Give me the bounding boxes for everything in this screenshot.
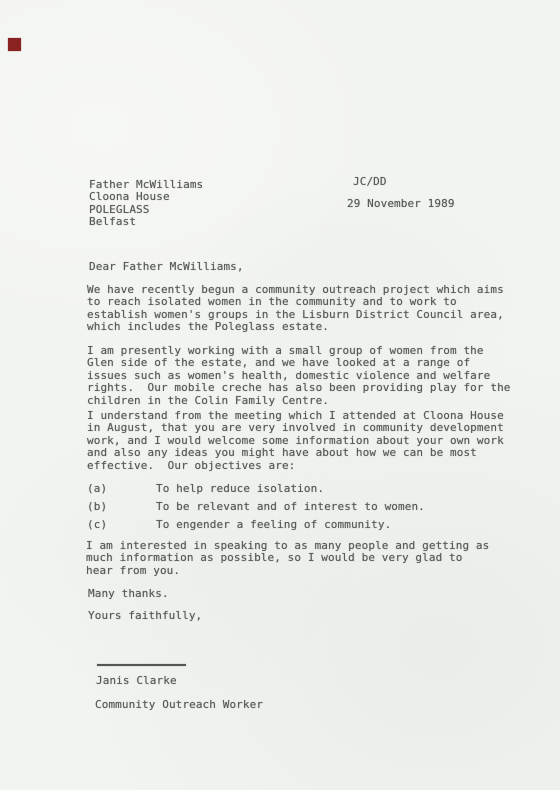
paragraph-closing-request: I am interested in speaking to as many p… — [86, 540, 489, 577]
closing-valediction: Yours faithfully, — [88, 610, 202, 622]
letter-date: 29 November 1989 — [347, 198, 455, 210]
paragraph-request-information: I understand from the meeting which I at… — [87, 410, 504, 472]
signature-line — [97, 664, 186, 666]
paragraph-current-work: I am presently working with a small grou… — [87, 345, 511, 407]
salutation: Dear Father McWilliams, — [89, 261, 244, 273]
reference-code: JC/DD — [353, 176, 387, 188]
archive-corner-mark — [8, 38, 21, 51]
objective-marker: (c) — [87, 519, 156, 531]
objective-text: To engender a feeling of community. — [156, 518, 391, 531]
objective-marker: (a) — [87, 483, 156, 495]
objective-item-a: (a)To help reduce isolation. — [87, 483, 324, 495]
objective-text: To be relevant and of interest to women. — [156, 500, 425, 513]
closing-thanks: Many thanks. — [88, 588, 169, 600]
objective-text: To help reduce isolation. — [156, 482, 324, 495]
objective-marker: (b) — [87, 501, 156, 513]
recipient-address-block: Father McWilliams Cloona House POLEGLASS… — [89, 179, 203, 229]
objective-item-b: (b)To be relevant and of interest to wom… — [87, 501, 425, 513]
paragraph-project-intro: We have recently begun a community outre… — [87, 284, 504, 334]
signature-job-title: Community Outreach Worker — [95, 699, 263, 711]
scanned-letter-page: Father McWilliams Cloona House POLEGLASS… — [0, 0, 560, 790]
signature-name: Janis Clarke — [96, 675, 177, 687]
objective-item-c: (c)To engender a feeling of community. — [87, 519, 391, 531]
